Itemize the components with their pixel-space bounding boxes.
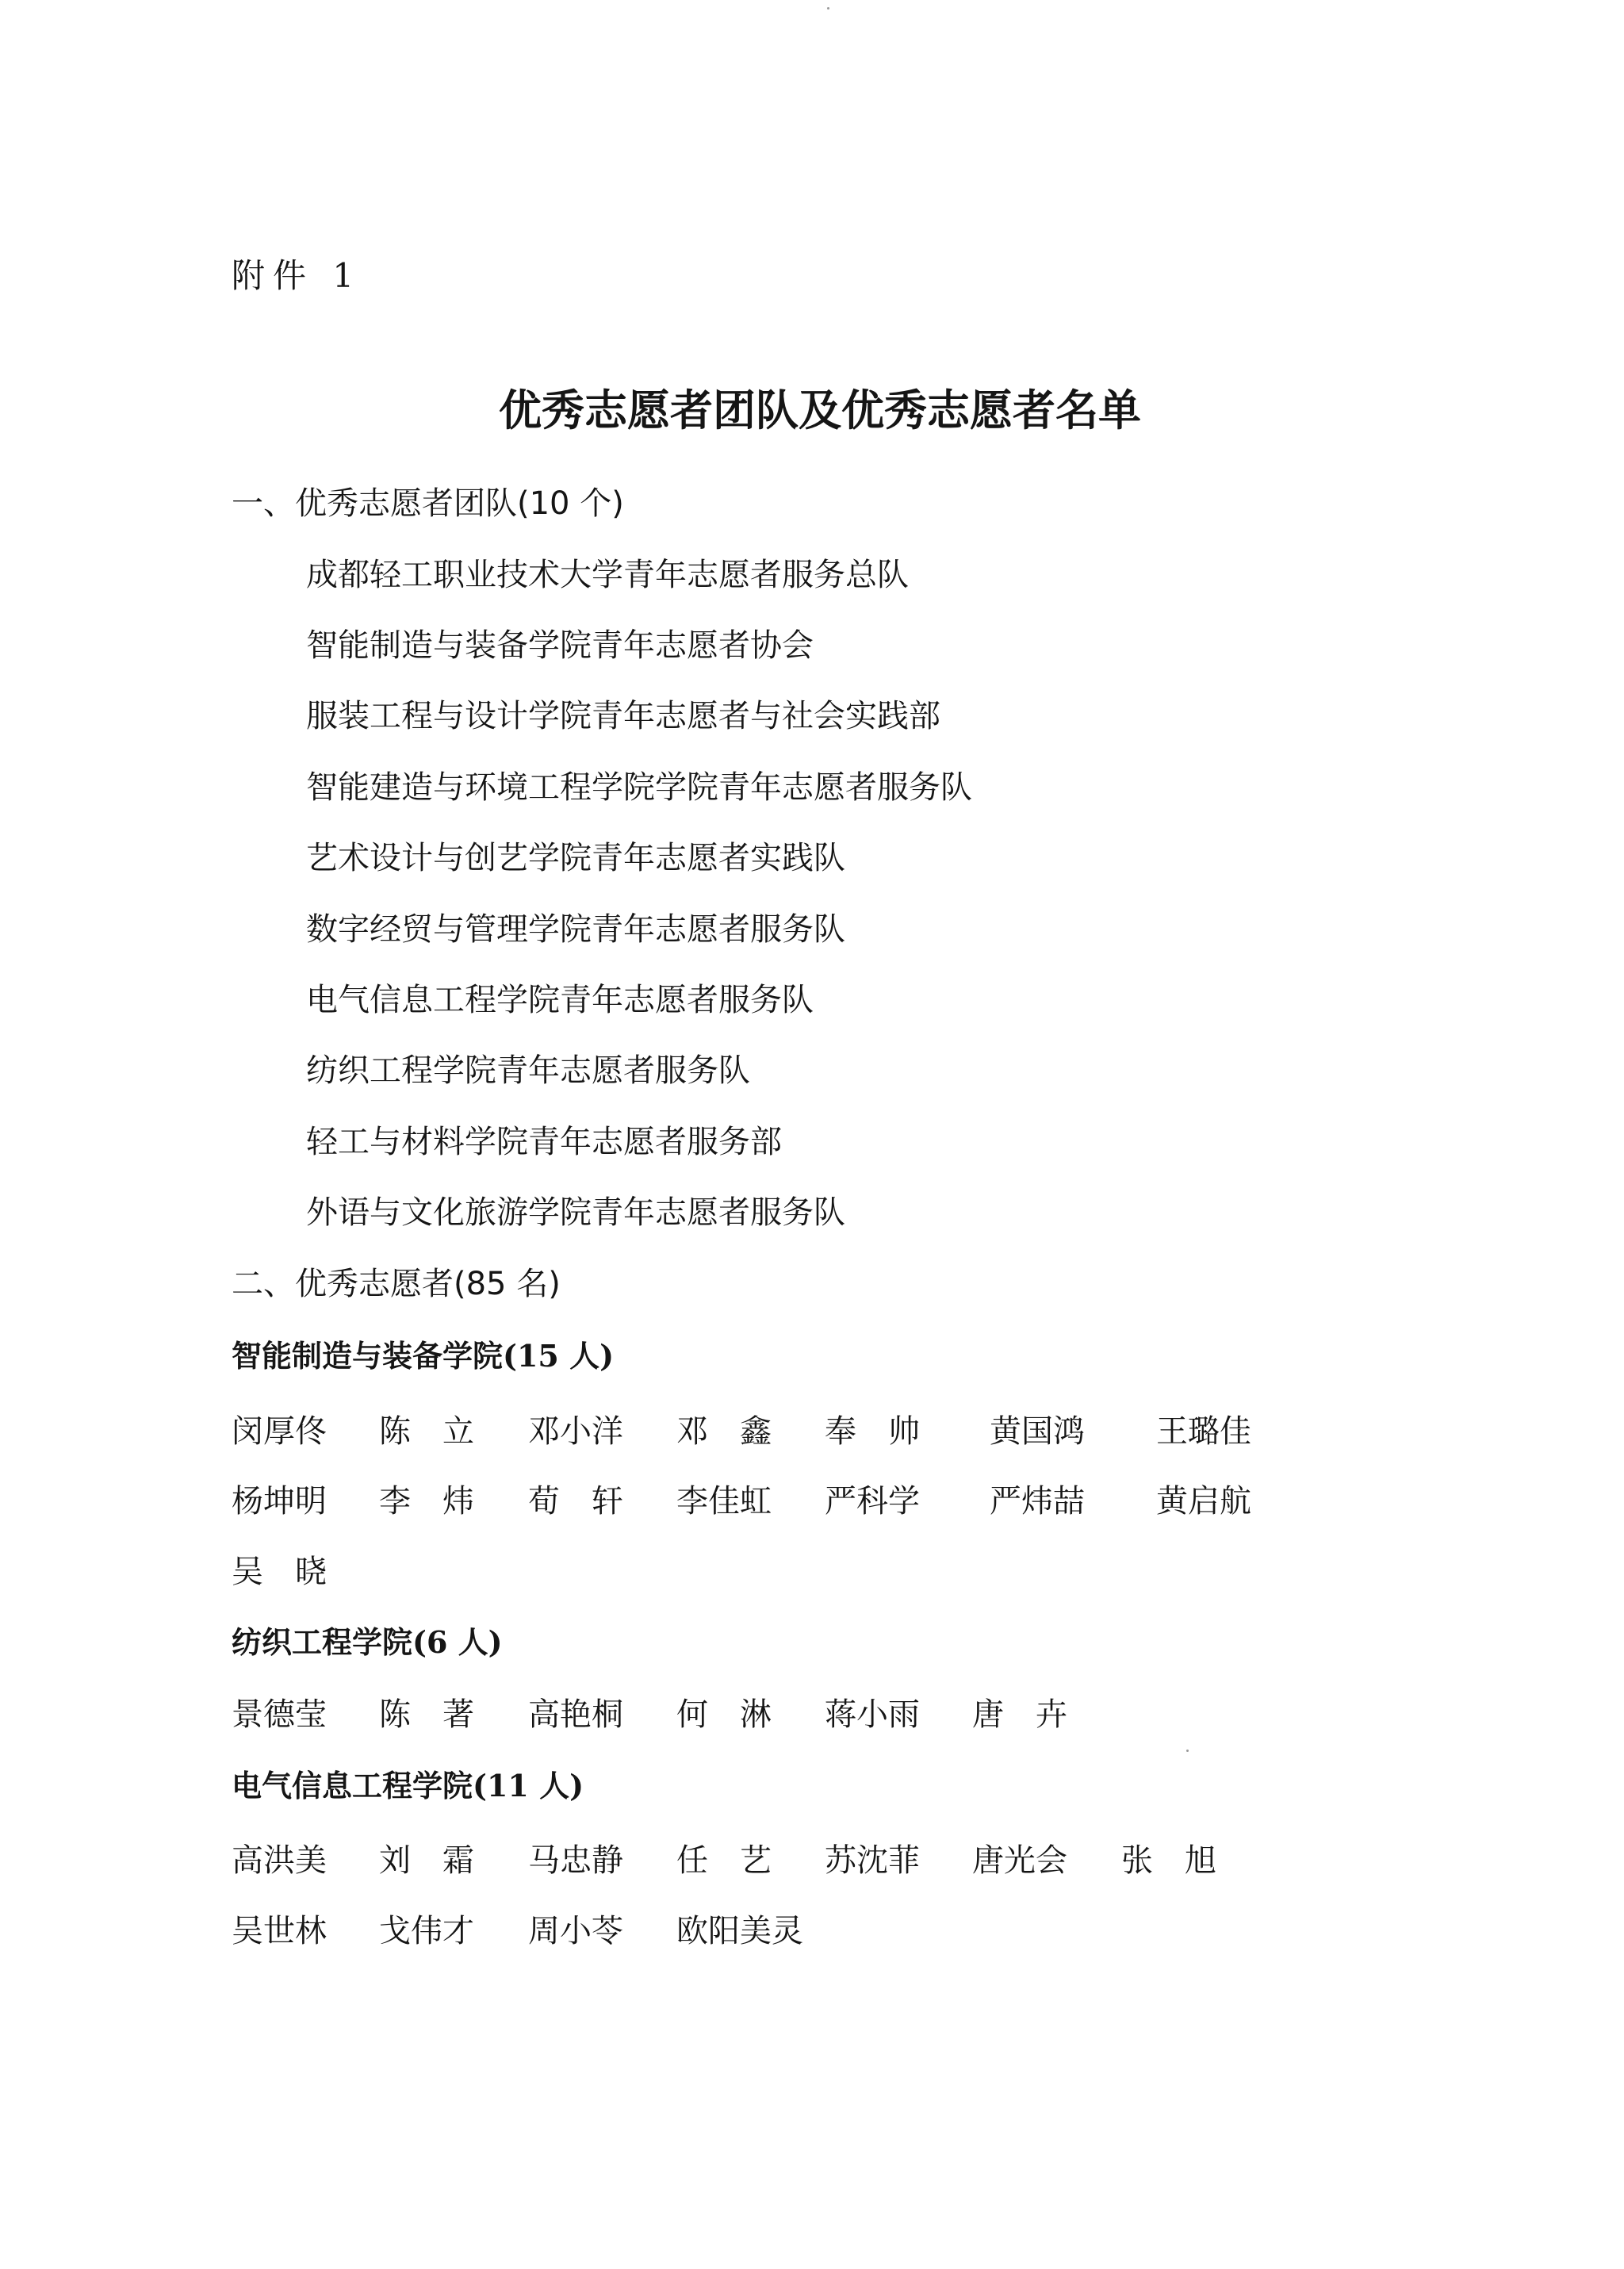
college-heading: 智能制造与装备学院(15 人) — [232, 1332, 614, 1380]
scan-speck — [827, 7, 829, 10]
volunteer-name: 吴世林 — [232, 1907, 327, 1955]
name-row: 闵厚佟 陈 立 邓小洋 邓 鑫 奉 帅 黄国鸿 王璐佳 — [232, 1408, 1421, 1455]
team-item: 纺织工程学院青年志愿者服务队 — [306, 1047, 750, 1094]
team-item: 智能建造与环境工程学院学院青年志愿者服务队 — [306, 764, 972, 811]
volunteer-name: 高艳桐 — [528, 1691, 623, 1738]
volunteer-name: 张 旭 — [1121, 1837, 1216, 1884]
name-row: 吴 晓 — [232, 1548, 1421, 1596]
volunteer-name: 陈 立 — [379, 1408, 474, 1455]
volunteer-name: 苏沈菲 — [825, 1837, 920, 1884]
team-item: 数字经贸与管理学院青年志愿者服务队 — [306, 906, 845, 953]
volunteer-name: 唐光会 — [972, 1837, 1067, 1884]
volunteer-name: 景德莹 — [232, 1691, 327, 1738]
volunteer-name: 戈伟才 — [379, 1907, 474, 1955]
team-item: 服装工程与设计学院青年志愿者与社会实践部 — [306, 692, 940, 740]
volunteer-name: 李佳虹 — [676, 1478, 772, 1525]
name-row: 吴世林 戈伟才 周小苓 欧阳美灵 — [232, 1907, 1421, 1955]
volunteer-name: 荀 轩 — [528, 1478, 623, 1525]
scan-speck — [1186, 1750, 1189, 1752]
volunteer-name: 马忠静 — [528, 1837, 623, 1884]
volunteer-name: 邓小洋 — [528, 1408, 623, 1455]
team-item: 外语与文化旅游学院青年志愿者服务队 — [306, 1189, 845, 1236]
teams-section-heading: 一、优秀志愿者团队(10 个) — [232, 480, 624, 527]
college-heading: 电气信息工程学院(11 人) — [232, 1762, 584, 1810]
volunteer-name: 闵厚佟 — [232, 1408, 327, 1455]
volunteer-name: 李 炜 — [379, 1478, 474, 1525]
volunteer-name: 陈 著 — [379, 1691, 474, 1738]
document-page: 附件 1 优秀志愿者团队及优秀志愿者名单 一、优秀志愿者团队(10 个) 成都轻… — [0, 0, 1624, 2269]
volunteer-name: 严炜喆 — [990, 1478, 1085, 1525]
volunteer-name: 周小苓 — [528, 1907, 623, 1955]
volunteers-section-heading: 二、优秀志愿者(85 名) — [232, 1260, 561, 1308]
college-heading: 纺织工程学院(6 人) — [232, 1619, 503, 1666]
team-item: 艺术设计与创艺学院青年志愿者实践队 — [306, 834, 845, 882]
name-row: 杨坤明 李 炜 荀 轩 李佳虹 严科学 严炜喆 黄启航 — [232, 1478, 1421, 1525]
volunteer-name: 欧阳美灵 — [676, 1907, 803, 1955]
team-item: 电气信息工程学院青年志愿者服务队 — [306, 976, 814, 1024]
name-row: 景德莹 陈 著 高艳桐 何 淋 蒋小雨 唐 卉 — [232, 1691, 1421, 1738]
team-item: 轻工与材料学院青年志愿者服务部 — [306, 1118, 782, 1166]
volunteer-name: 刘 霜 — [379, 1837, 474, 1884]
volunteer-name: 高洪美 — [232, 1837, 327, 1884]
volunteer-name: 吴 晓 — [232, 1548, 327, 1596]
volunteer-name: 奉 帅 — [825, 1408, 920, 1455]
document-title: 优秀志愿者团队及优秀志愿者名单 — [0, 379, 1624, 443]
volunteer-name: 唐 卉 — [972, 1691, 1067, 1738]
volunteer-name: 邓 鑫 — [676, 1408, 772, 1455]
name-row: 高洪美 刘 霜 马忠静 任 艺 苏沈菲 唐光会 张 旭 — [232, 1837, 1421, 1884]
volunteer-name: 严科学 — [825, 1478, 920, 1525]
volunteer-name: 任 艺 — [676, 1837, 772, 1884]
volunteer-name: 何 淋 — [676, 1691, 772, 1738]
volunteer-name: 黄国鸿 — [990, 1408, 1085, 1455]
volunteer-name: 黄启航 — [1156, 1478, 1251, 1525]
volunteer-name: 杨坤明 — [232, 1478, 327, 1525]
team-item: 成都轻工职业技术大学青年志愿者服务总队 — [306, 551, 909, 599]
volunteer-name: 蒋小雨 — [825, 1691, 920, 1738]
attachment-label: 附件 1 — [232, 252, 362, 300]
volunteer-name: 王璐佳 — [1156, 1408, 1251, 1455]
team-item: 智能制造与装备学院青年志愿者协会 — [306, 622, 814, 669]
